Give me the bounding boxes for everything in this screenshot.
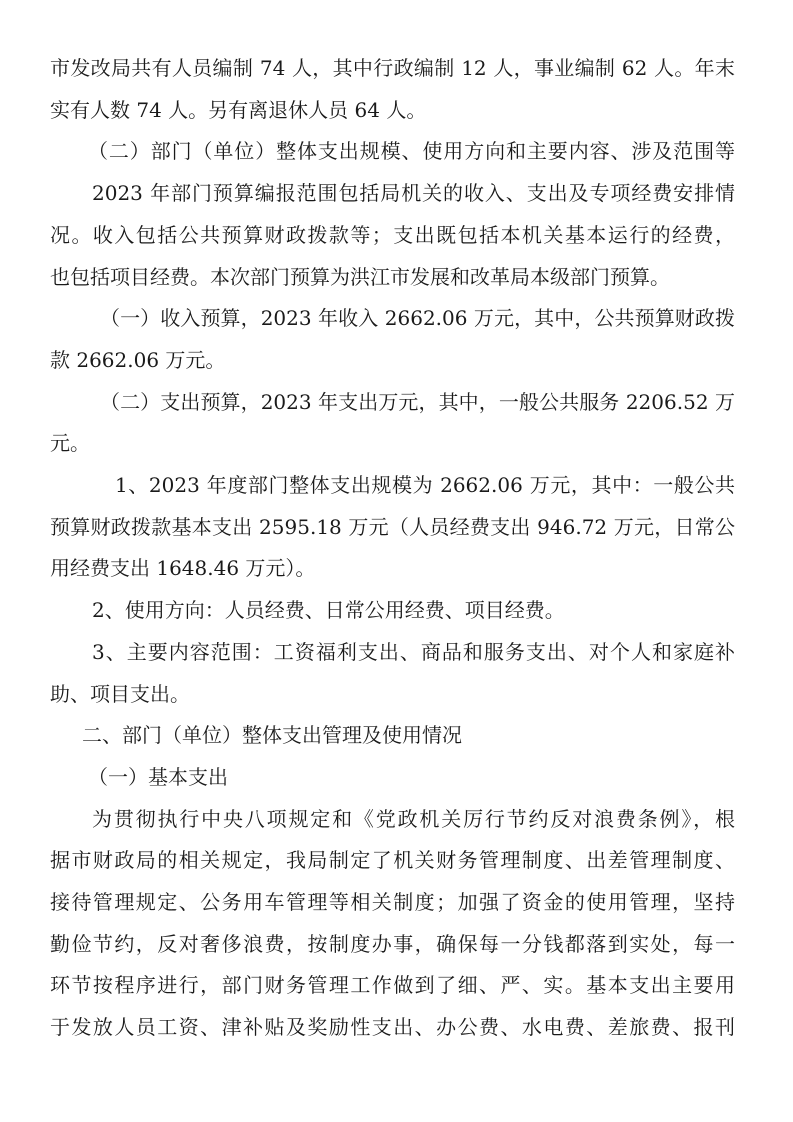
list-item-1: 1、2023 年度部门整体支出规模为 2662.06 万元，其中：一般公共	[115, 470, 735, 500]
text-line-22: 勤俭节约，反对奢侈浪费，按制度办事，确保每一分钱都落到实处，每一	[50, 929, 735, 959]
section-heading-2: （二）部门（单位）整体支出规模、使用方向和主要内容、涉及范围等	[88, 136, 735, 166]
text-line-23: 环节按程序进行，部门财务管理工作做到了细、严、实。基本支出主要用	[50, 970, 735, 1000]
text-line-21: 接待管理规定、公务用车管理等相关制度；加强了资金的使用管理，坚持	[50, 887, 735, 917]
subsection-heading-basic: （一）基本支出	[88, 762, 228, 792]
text-line-4: 2023 年部门预算编报范围包括局机关的收入、支出及专项经费安排情	[92, 178, 735, 208]
text-line-6: 也包括项目经费。本次部门预算为洪江市发展和改革局本级部门预算。	[50, 262, 670, 292]
text-line-20: 据市财政局的相关规定，我局制定了机关财务管理制度、出差管理制度、	[50, 845, 735, 875]
text-line-2: 实有人数 74 人。另有离退休人员 64 人。	[50, 95, 426, 125]
text-line-1: 市发改局共有人员编制 74 人，其中行政编制 12 人，事业编制 62 人。年末	[50, 53, 735, 83]
income-budget-line: （一）收入预算，2023 年收入 2662.06 万元，其中，公共预算财政拨	[100, 303, 735, 333]
text-line-13: 用经费支出 1648.46 万元）。	[50, 553, 315, 583]
expense-budget-line: （二）支出预算，2023 年支出万元，其中，一般公共服务 2206.52 万	[100, 387, 735, 417]
text-line-10: 元。	[50, 428, 90, 458]
text-line-8: 款 2662.06 万元。	[50, 345, 225, 375]
section-heading-main: 二、部门（单位）整体支出管理及使用情况	[82, 720, 462, 750]
text-line-16: 助、项目支出。	[50, 679, 190, 709]
list-item-2: 2、使用方向：人员经费、日常公用经费、项目经费。	[92, 595, 565, 625]
text-line-12: 预算财政拨款基本支出 2595.18 万元（人员经费支出 946.72 万元，日…	[50, 512, 735, 542]
document-page: 市发改局共有人员编制 74 人，其中行政编制 12 人，事业编制 62 人。年末…	[0, 0, 793, 1122]
text-line-24: 于发放人员工资、津补贴及奖励性支出、办公费、水电费、差旅费、报刊	[50, 1012, 735, 1042]
text-line-19: 为贯彻执行中央八项规定和《党政机关厉行节约反对浪费条例》，根	[92, 804, 735, 834]
list-item-3: 3、主要内容范围：工资福利支出、商品和服务支出、对个人和家庭补	[92, 637, 735, 667]
text-line-5: 况。收入包括公共预算财政拨款等；支出既包括本机关基本运行的经费，	[50, 220, 735, 250]
